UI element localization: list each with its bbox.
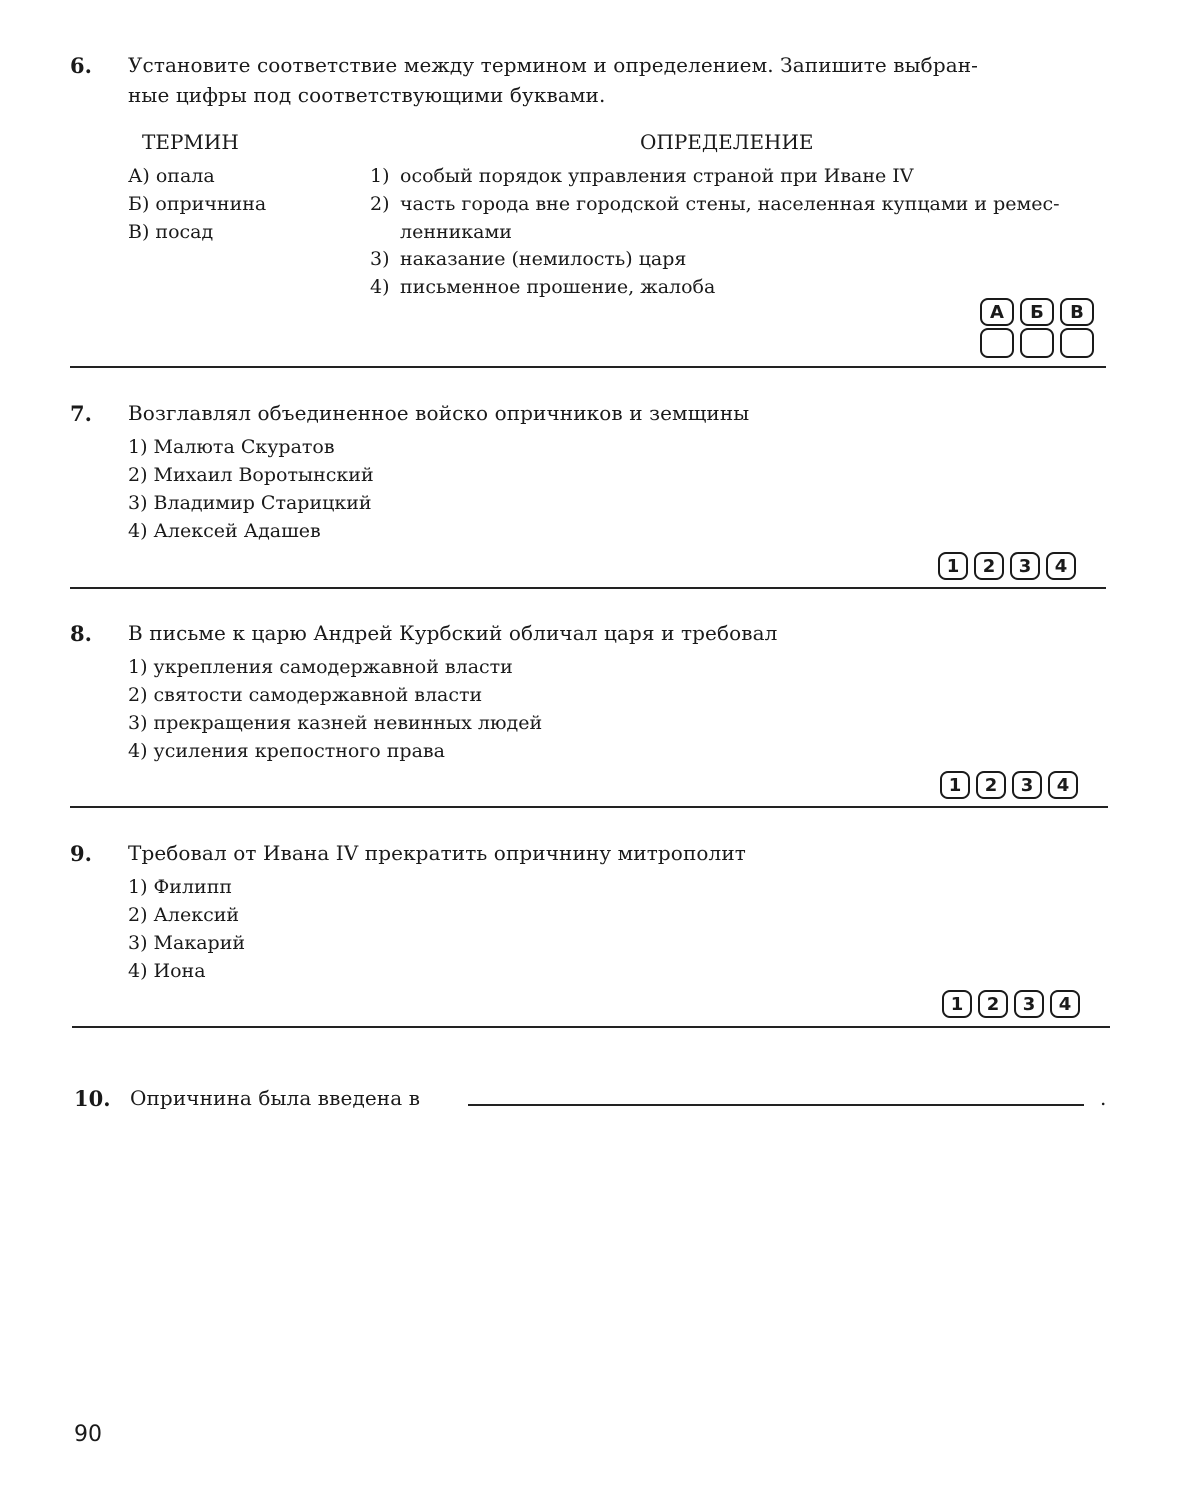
q8-answer-3[interactable]: 3 xyxy=(1012,771,1042,799)
q9-answer-1[interactable]: 1 xyxy=(942,990,972,1018)
q6-def2-num: 2) xyxy=(370,193,390,215)
q8-divider xyxy=(70,806,1108,808)
q6-answer-a[interactable] xyxy=(980,328,1014,358)
q7-option-3: 3) Владимир Старицкий xyxy=(128,492,372,514)
q9-option-3: 3) Макарий xyxy=(128,932,245,954)
q9-answer-3[interactable]: 3 xyxy=(1014,990,1044,1018)
q8-answer-4[interactable]: 4 xyxy=(1048,771,1078,799)
q7-option-4: 4) Алексей Адашев xyxy=(128,520,321,542)
q6-label-v: В xyxy=(1060,298,1094,326)
q6-term-v: В) посад xyxy=(128,221,213,243)
q7-answer-1[interactable]: 1 xyxy=(938,552,968,580)
q6-term-a: А) опала xyxy=(128,165,215,187)
q7-answer-3[interactable]: 3 xyxy=(1010,552,1040,580)
q9-option-4: 4) Иона xyxy=(128,960,206,982)
q10-text: Опричнина была введена в xyxy=(130,1086,420,1110)
q6-def4-num: 4) xyxy=(370,276,390,298)
q6-answer-v[interactable] xyxy=(1060,328,1094,358)
q6-def3-num: 3) xyxy=(370,248,390,270)
q6-def2-text: часть города вне городской стены, населе… xyxy=(400,193,1060,215)
q6-label-b: Б xyxy=(1020,298,1054,326)
q10-answer-line[interactable] xyxy=(468,1104,1084,1106)
q6-answer-b[interactable] xyxy=(1020,328,1054,358)
q6-label-a: А xyxy=(980,298,1014,326)
q7-divider xyxy=(70,587,1106,589)
q6-def1-text: особый порядок управления страной при Ив… xyxy=(400,165,914,187)
q7-option-1: 1) Малюта Скуратов xyxy=(128,436,335,458)
q9-option-1: 1) Филипп xyxy=(128,876,232,898)
q8-option-4: 4) усиления крепостного права xyxy=(128,740,445,762)
q9-answer-boxes: 1 2 3 4 xyxy=(942,990,1080,1018)
q7-answer-boxes: 1 2 3 4 xyxy=(938,552,1076,580)
q6-def3-text: наказание (немилость) царя xyxy=(400,248,686,270)
q8-option-3: 3) прекращения казней невинных людей xyxy=(128,712,542,734)
q7-number: 7. xyxy=(70,401,92,426)
q6-def1-num: 1) xyxy=(370,165,390,187)
q8-option-2: 2) святости самодержавной власти xyxy=(128,684,482,706)
q8-number: 8. xyxy=(70,621,92,646)
page-number: 90 xyxy=(74,1422,102,1447)
q6-text-line1: Установите соответствие между термином и… xyxy=(128,53,978,77)
q9-text: Требовал от Ивана IV прекратить опричнин… xyxy=(128,841,746,865)
q10-end-mark: . xyxy=(1100,1086,1106,1110)
q8-answer-2[interactable]: 2 xyxy=(976,771,1006,799)
q8-answer-1[interactable]: 1 xyxy=(940,771,970,799)
q10-number: 10. xyxy=(74,1086,111,1111)
q7-option-2: 2) Михаил Воротынский xyxy=(128,464,374,486)
q8-answer-boxes: 1 2 3 4 xyxy=(940,771,1078,799)
q8-text: В письме к царю Андрей Курбский обличал … xyxy=(128,621,777,645)
q7-answer-2[interactable]: 2 xyxy=(974,552,1004,580)
q9-option-2: 2) Алексий xyxy=(128,904,239,926)
q8-option-1: 1) укрепления самодержавной власти xyxy=(128,656,513,678)
q7-text: Возглавлял объединенное войско опричнико… xyxy=(128,401,749,425)
q6-def4-text: письменное прошение, жалоба xyxy=(400,276,715,298)
q9-answer-2[interactable]: 2 xyxy=(978,990,1008,1018)
q6-def2-cont: ленниками xyxy=(400,221,512,243)
q6-definition-header: ОПРЕДЕЛЕНИЕ xyxy=(640,130,814,154)
q9-number: 9. xyxy=(70,841,92,866)
q6-number: 6. xyxy=(70,53,92,78)
q6-divider xyxy=(70,366,1106,368)
q9-answer-4[interactable]: 4 xyxy=(1050,990,1080,1018)
workbook-page: 6. Установите соответствие между термино… xyxy=(0,0,1181,1506)
q6-term-header: ТЕРМИН xyxy=(142,130,239,154)
q9-divider xyxy=(72,1026,1110,1028)
q6-term-b: Б) опричнина xyxy=(128,193,266,215)
q6-answer-grid: А Б В xyxy=(980,298,1094,358)
q7-answer-4[interactable]: 4 xyxy=(1046,552,1076,580)
q6-text-line2: ные цифры под соответствующими буквами. xyxy=(128,83,605,107)
